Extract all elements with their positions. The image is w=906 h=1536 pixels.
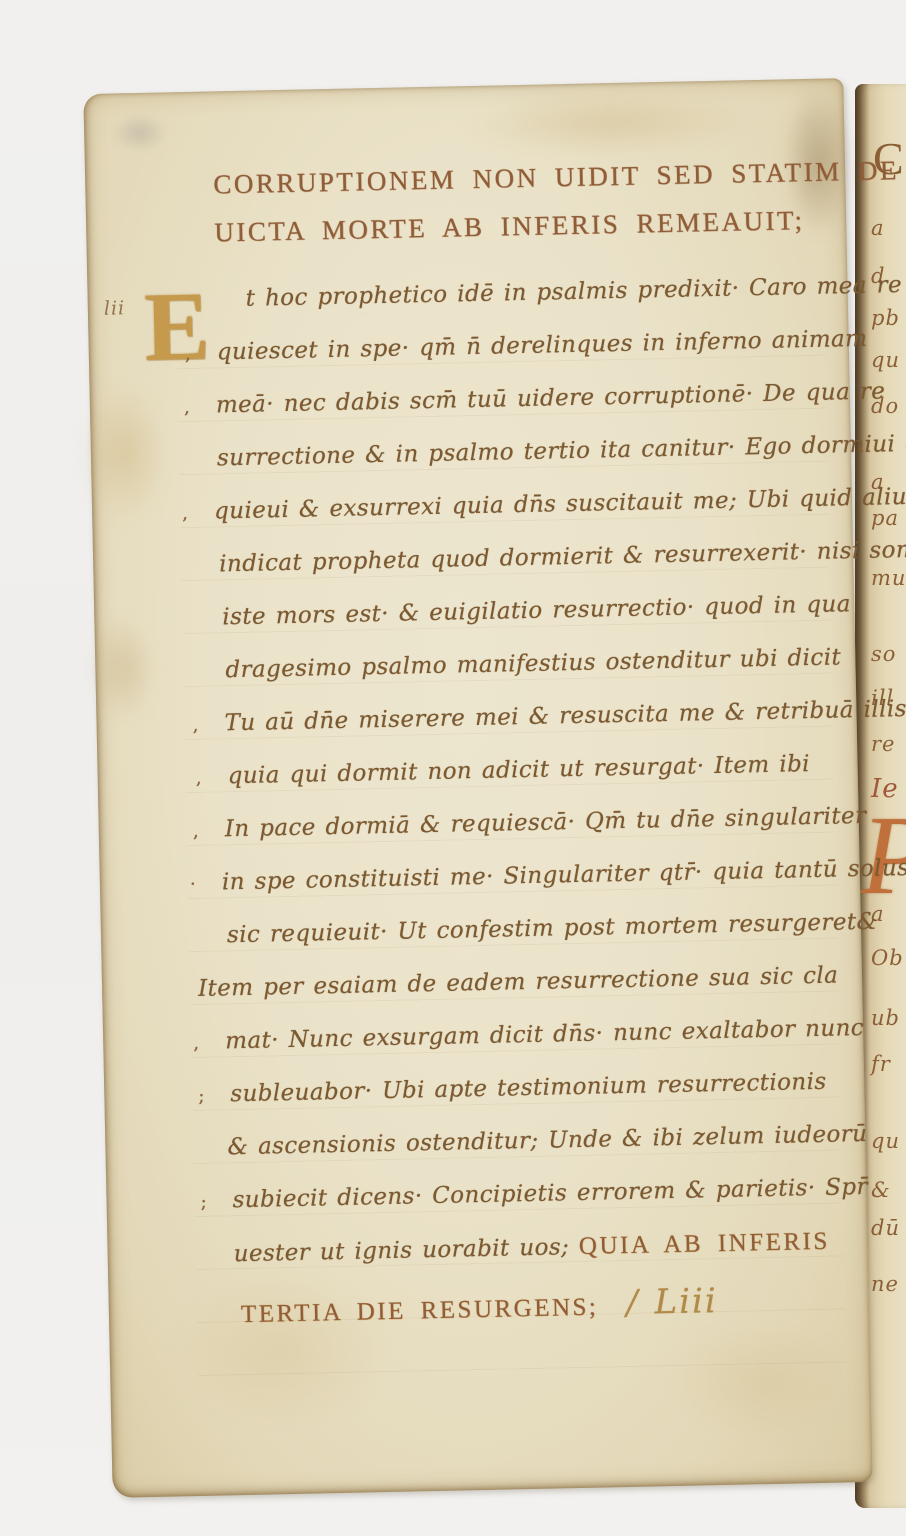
diple-mark: ,	[182, 503, 189, 524]
folio-fragment: &	[871, 1178, 891, 1202]
folio-fragment: re	[871, 732, 895, 756]
manuscript-photo: C a d pb qu do a pa mu so ill re Ie P a …	[0, 0, 906, 1536]
folio-fragment: dū	[871, 1216, 900, 1240]
folio-fragment: qu	[871, 348, 900, 372]
stain	[77, 382, 170, 524]
folio-fragment: Ob	[871, 946, 904, 970]
diple-mark: ,	[184, 397, 191, 418]
diple-mark: ,	[196, 768, 203, 789]
header-line-2: UICTA MORTE AB INFERIS REMEAUIT;	[214, 205, 805, 248]
folio-fragment: pb	[871, 306, 900, 330]
stain	[463, 84, 754, 160]
diple-mark: ,	[193, 1033, 200, 1054]
chapter-number: / Liii	[626, 1281, 718, 1323]
diple-mark: ,	[192, 715, 199, 736]
margin-quire-note: lii	[104, 297, 126, 319]
initial-letter-e: E	[143, 284, 210, 372]
folio-fragment: ub	[871, 1006, 900, 1030]
parchment-leaf: CORRUPTIONEM NON UIDIT SED STATIM DE UIC…	[83, 78, 872, 1498]
diple-mark: ,	[185, 344, 192, 365]
diple-mark: ,	[193, 821, 200, 842]
diple-mark: ·	[190, 874, 197, 895]
folio-fragment: so	[871, 642, 896, 666]
rubric-caps: TERTIA DIE RESURGENS;	[241, 1294, 599, 1328]
stain	[86, 613, 158, 724]
folio-fragment: qu	[871, 1129, 900, 1153]
diple-mark: ;	[198, 1086, 205, 1107]
folio-fragment: fr	[871, 1052, 891, 1076]
header-line-1: CORRUPTIONEM NON UIDIT SED STATIM DE	[213, 155, 899, 200]
diple-mark: ;	[200, 1192, 207, 1213]
rubric-caps: QUIA AB INFERIS	[579, 1228, 830, 1260]
folio-fragment: mu	[871, 566, 906, 590]
folio-fragment: ne	[871, 1272, 899, 1296]
folio-fragment: a	[871, 216, 885, 240]
pencil-mark	[112, 112, 169, 153]
